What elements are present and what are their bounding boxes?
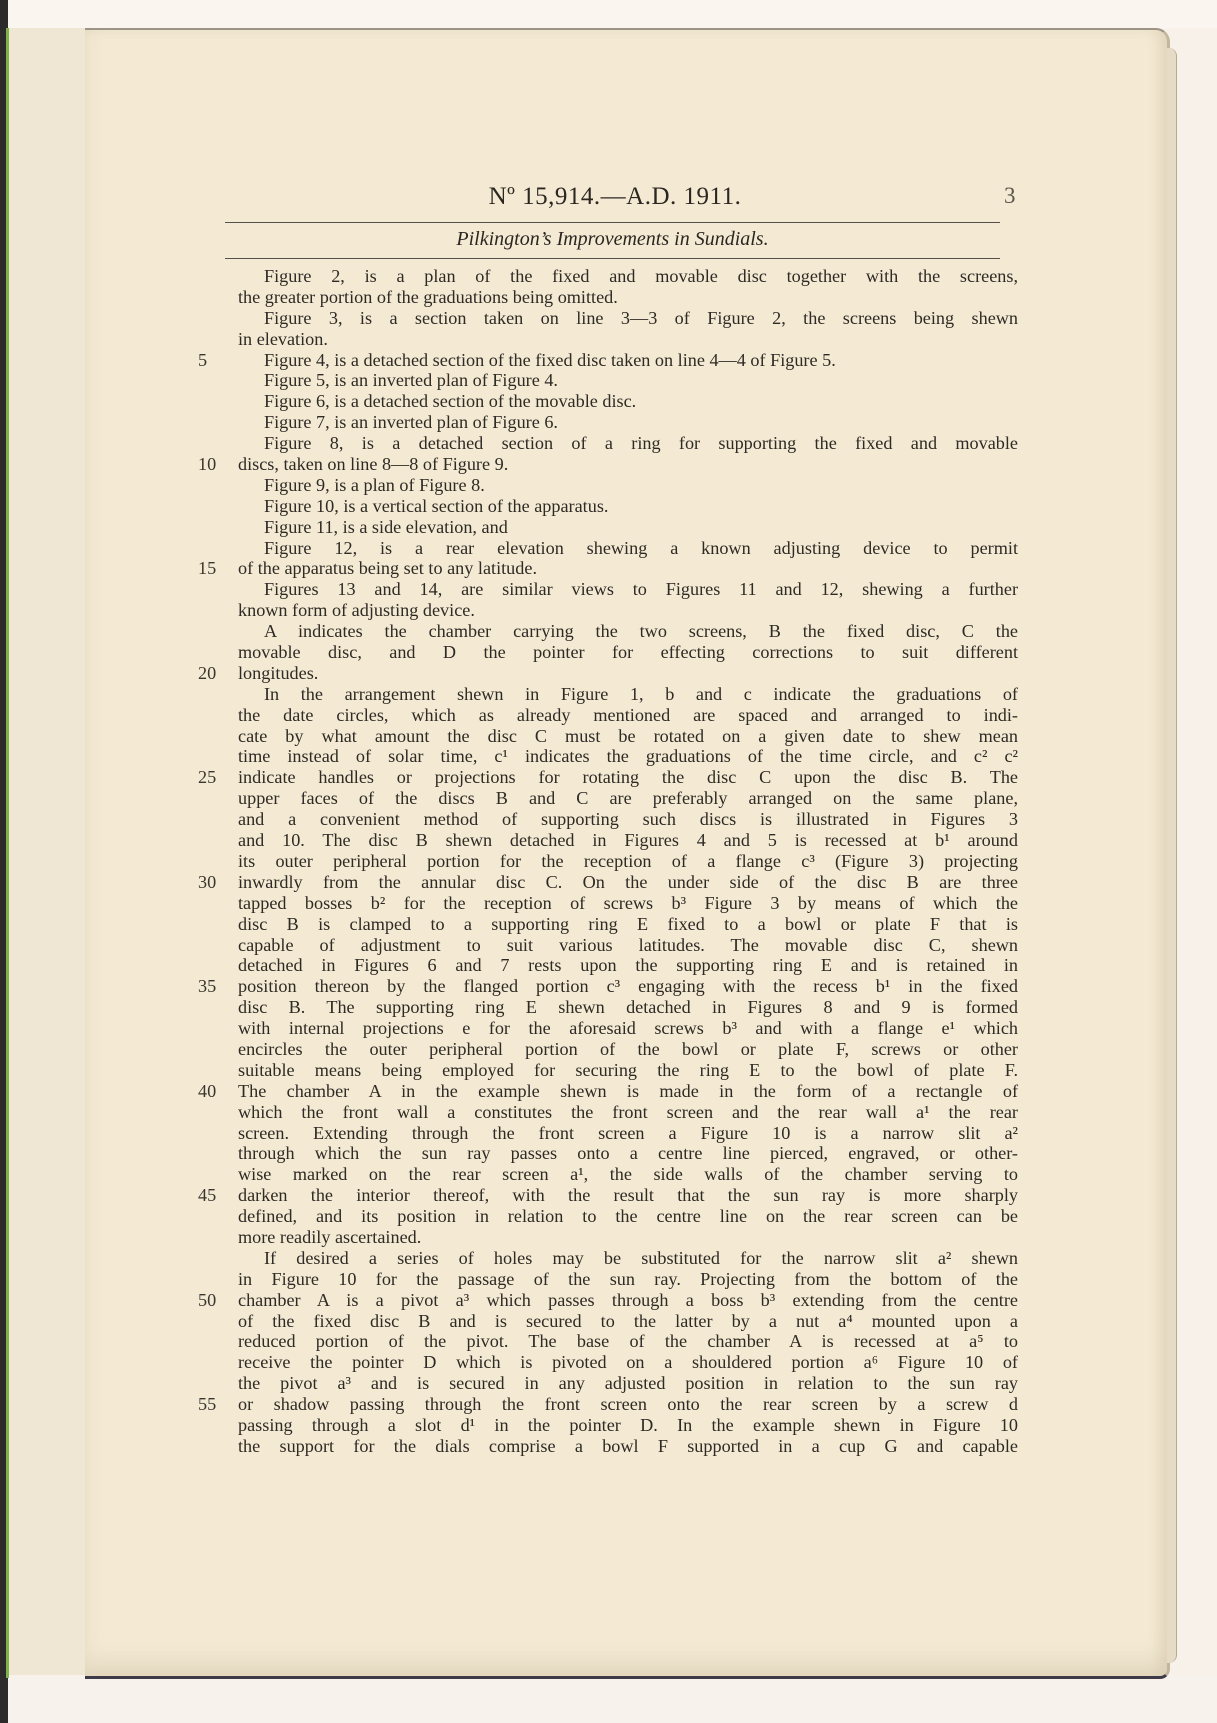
line-text: wise marked on the rear screen a¹, the s… (238, 1164, 1018, 1184)
line-text: movable disc, and D the pointer for effe… (238, 642, 1018, 662)
line-text: Figure 7, is an inverted plan of Figure … (264, 412, 558, 432)
line-text: The chamber A in the example shewn is ma… (238, 1081, 1018, 1101)
text-line: screen. Extending through the front scre… (238, 1123, 1018, 1144)
line-number: 45 (198, 1185, 228, 1206)
line-text: and 10. The disc B shewn detached in Fig… (238, 830, 1018, 850)
text-line: movable disc, and D the pointer for effe… (238, 642, 1018, 663)
line-text: If desired a series of holes may be subs… (264, 1248, 1018, 1268)
line-text: known form of adjusting device. (238, 600, 475, 620)
line-number: 35 (198, 976, 228, 997)
line-text: cate by what amount the disc C must be r… (238, 726, 1018, 746)
text-line: If desired a series of holes may be subs… (238, 1248, 1018, 1269)
line-text: screen. Extending through the front scre… (238, 1123, 1018, 1143)
header-rule-top (225, 222, 1000, 223)
text-line: detached in Figures 6 and 7 rests upon t… (238, 955, 1018, 976)
line-text: disc B is clamped to a supporting ring E… (238, 914, 1018, 934)
text-line: capable of adjustment to suit various la… (238, 935, 1018, 956)
patent-number-heading: Nº 15,914.—A.D. 1911. (235, 183, 995, 211)
text-line: suitable means being employed for securi… (238, 1060, 1018, 1081)
line-text: in elevation. (238, 329, 328, 349)
text-line: of the fixed disc B and is secured to th… (238, 1311, 1018, 1332)
text-line: 50chamber A is a pivot a³ which passes t… (238, 1290, 1018, 1311)
text-line: the support for the dials comprise a bow… (238, 1436, 1018, 1457)
line-text: tapped bosses b² for the reception of sc… (238, 893, 1018, 913)
text-line: 20longitudes. (238, 663, 1018, 684)
body-text: Figure 2, is a plan of the fixed and mov… (238, 266, 1018, 1457)
line-number: 25 (198, 767, 228, 788)
line-text: Figure 11, is a side elevation, and (264, 517, 508, 537)
line-text: chamber A is a pivot a³ which passes thr… (238, 1290, 1018, 1310)
text-line: the pivot a³ and is secured in any adjus… (238, 1373, 1018, 1394)
text-line: A indicates the chamber carrying the two… (238, 621, 1018, 642)
line-text: of the apparatus being set to any latitu… (238, 558, 537, 578)
text-line: and a convenient method of supporting su… (238, 809, 1018, 830)
line-text: indicate handles or projections for rota… (238, 767, 1018, 787)
line-text: Figure 9, is a plan of Figure 8. (264, 475, 485, 495)
line-number: 10 (198, 454, 228, 475)
text-line: Figure 11, is a side elevation, and (238, 517, 1018, 538)
line-number: 50 (198, 1290, 228, 1311)
text-line: tapped bosses b² for the reception of sc… (238, 893, 1018, 914)
text-line: receive the pointer D which is pivoted o… (238, 1352, 1018, 1373)
line-text: Figure 6, is a detached section of the m… (264, 391, 636, 411)
text-line: wise marked on the rear screen a¹, the s… (238, 1164, 1018, 1185)
text-line: Figure 2, is a plan of the fixed and mov… (238, 266, 1018, 287)
line-number: 55 (198, 1394, 228, 1415)
line-number: 15 (198, 558, 228, 579)
text-line: 25indicate handles or projections for ro… (238, 767, 1018, 788)
line-text: receive the pointer D which is pivoted o… (238, 1352, 1018, 1372)
page-number: 3 (1004, 183, 1016, 209)
line-text: In the arrangement shewn in Figure 1, b … (264, 684, 1018, 704)
line-text: the pivot a³ and is secured in any adjus… (238, 1373, 1018, 1393)
text-line: Figure 12, is a rear elevation shewing a… (238, 538, 1018, 559)
line-text: or shadow passing through the front scre… (238, 1394, 1018, 1414)
line-text: time instead of solar time, c¹ indicates… (238, 746, 1018, 766)
line-text: A indicates the chamber carrying the two… (264, 621, 1018, 641)
text-line: passing through a slot d¹ in the pointer… (238, 1415, 1018, 1436)
line-text: detached in Figures 6 and 7 rests upon t… (238, 955, 1018, 975)
text-line: Figures 13 and 14, are similar views to … (238, 579, 1018, 600)
line-text: reduced portion of the pivot. The base o… (238, 1331, 1018, 1351)
text-line: time instead of solar time, c¹ indicates… (238, 746, 1018, 767)
line-text: capable of adjustment to suit various la… (238, 935, 1018, 955)
line-text: its outer peripheral portion for the rec… (238, 851, 1018, 871)
scan-background-top (0, 0, 1217, 28)
line-text: darken the interior thereof, with the re… (238, 1185, 1018, 1205)
line-text: in Figure 10 for the passage of the sun … (238, 1269, 1018, 1289)
text-line: and 10. The disc B shewn detached in Fig… (238, 830, 1018, 851)
line-text: Figure 3, is a section taken on line 3—3… (264, 308, 1018, 328)
line-text: Figure 5, is an inverted plan of Figure … (264, 370, 558, 390)
text-line: Figure 6, is a detached section of the m… (238, 391, 1018, 412)
text-line: cate by what amount the disc C must be r… (238, 726, 1018, 747)
text-line: more readily ascertained. (238, 1227, 1018, 1248)
line-number: 20 (198, 663, 228, 684)
text-line: 45darken the interior thereof, with the … (238, 1185, 1018, 1206)
text-line: known form of adjusting device. (238, 600, 1018, 621)
line-number: 30 (198, 872, 228, 893)
text-line: Figure 5, is an inverted plan of Figure … (238, 370, 1018, 391)
text-line: through which the sun ray passes onto a … (238, 1143, 1018, 1164)
header-rule-bottom (225, 258, 1000, 259)
text-line: In the arrangement shewn in Figure 1, b … (238, 684, 1018, 705)
text-line: disc B. The supporting ring E shewn deta… (238, 997, 1018, 1018)
line-text: Figure 4, is a detached section of the f… (264, 350, 836, 370)
text-line: defined, and its position in relation to… (238, 1206, 1018, 1227)
text-line: 40The chamber A in the example shewn is … (238, 1081, 1018, 1102)
line-text: discs, taken on line 8—8 of Figure 9. (238, 454, 508, 474)
line-text: with internal projections e for the afor… (238, 1018, 1018, 1038)
line-text: Figure 12, is a rear elevation shewing a… (264, 538, 1018, 558)
line-text: suitable means being employed for securi… (238, 1060, 1018, 1080)
text-line: Figure 7, is an inverted plan of Figure … (238, 412, 1018, 433)
text-line: the greater portion of the graduations b… (238, 287, 1018, 308)
text-line: with internal projections e for the afor… (238, 1018, 1018, 1039)
text-line: 5Figure 4, is a detached section of the … (238, 350, 1018, 371)
text-line: in Figure 10 for the passage of the sun … (238, 1269, 1018, 1290)
text-line: 30inwardly from the annular disc C. On t… (238, 872, 1018, 893)
line-text: encircles the outer peripheral portion o… (238, 1039, 1018, 1059)
scan-background-bottom (0, 1675, 1217, 1723)
line-text: upper faces of the discs B and C are pre… (238, 788, 1018, 808)
text-line: reduced portion of the pivot. The base o… (238, 1331, 1018, 1352)
text-line: 10discs, taken on line 8—8 of Figure 9. (238, 454, 1018, 475)
line-text: Figure 2, is a plan of the fixed and mov… (264, 266, 1018, 286)
line-number: 5 (198, 350, 228, 371)
line-text: the support for the dials comprise a bow… (238, 1436, 1018, 1456)
text-line: in elevation. (238, 329, 1018, 350)
binding-margin-page (9, 28, 87, 1675)
text-line: the date circles, which as already menti… (238, 705, 1018, 726)
text-line: upper faces of the discs B and C are pre… (238, 788, 1018, 809)
line-text: the greater portion of the graduations b… (238, 287, 618, 307)
running-title: Pilkington’s Improvements in Sundials. (225, 228, 1000, 251)
text-line: its outer peripheral portion for the rec… (238, 851, 1018, 872)
line-number: 40 (198, 1081, 228, 1102)
line-text: which the front wall a constitutes the f… (238, 1102, 1018, 1122)
text-line: Figure 8, is a detached section of a rin… (238, 433, 1018, 454)
text-line: Figure 9, is a plan of Figure 8. (238, 475, 1018, 496)
line-text: passing through a slot d¹ in the pointer… (238, 1415, 1018, 1435)
line-text: defined, and its position in relation to… (238, 1206, 1018, 1226)
line-text: longitudes. (238, 663, 318, 683)
line-text: Figure 8, is a detached section of a rin… (264, 433, 1018, 453)
line-text: and a convenient method of supporting su… (238, 809, 1018, 829)
page-edge-stack (1167, 48, 1177, 1663)
text-line: encircles the outer peripheral portion o… (238, 1039, 1018, 1060)
text-line: 55or shadow passing through the front sc… (238, 1394, 1018, 1415)
line-text: through which the sun ray passes onto a … (238, 1143, 1018, 1163)
text-line: 15of the apparatus being set to any lati… (238, 558, 1018, 579)
line-text: inwardly from the annular disc C. On the… (238, 872, 1018, 892)
line-text: Figures 13 and 14, are similar views to … (264, 579, 1018, 599)
line-text: disc B. The supporting ring E shewn deta… (238, 997, 1018, 1017)
line-text: of the fixed disc B and is secured to th… (238, 1311, 1018, 1331)
text-line: Figure 10, is a vertical section of the … (238, 496, 1018, 517)
text-line: Figure 3, is a section taken on line 3—3… (238, 308, 1018, 329)
line-text: more readily ascertained. (238, 1227, 421, 1247)
line-text: the date circles, which as already menti… (238, 705, 1018, 725)
text-line: 35position thereon by the flanged portio… (238, 976, 1018, 997)
text-line: disc B is clamped to a supporting ring E… (238, 914, 1018, 935)
line-text: Figure 10, is a vertical section of the … (264, 496, 608, 516)
line-text: position thereon by the flanged portion … (238, 976, 1018, 996)
text-line: which the front wall a constitutes the f… (238, 1102, 1018, 1123)
